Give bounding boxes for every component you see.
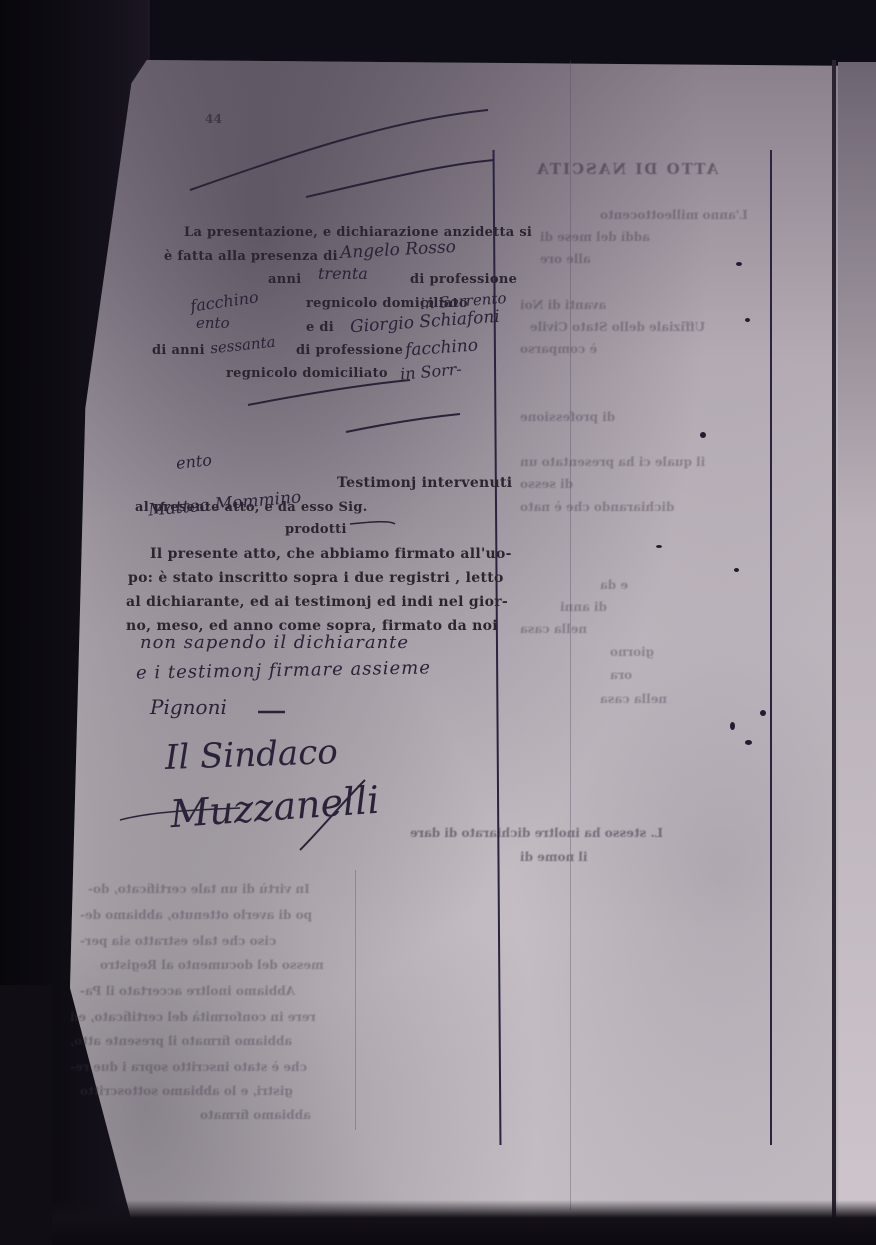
- ink-blot: [734, 568, 739, 572]
- ink-blot: [760, 710, 766, 716]
- ink-blot: [736, 262, 742, 266]
- ink-blot: [730, 722, 735, 730]
- pen-flourish-strokes: [0, 0, 876, 1245]
- dark-corner-tab: [0, 985, 52, 1245]
- ink-blot: [656, 545, 662, 548]
- ink-blot: [745, 318, 750, 322]
- dark-background-bottom: [0, 1200, 876, 1245]
- ink-blot: [745, 740, 752, 745]
- ink-blot: [700, 432, 706, 438]
